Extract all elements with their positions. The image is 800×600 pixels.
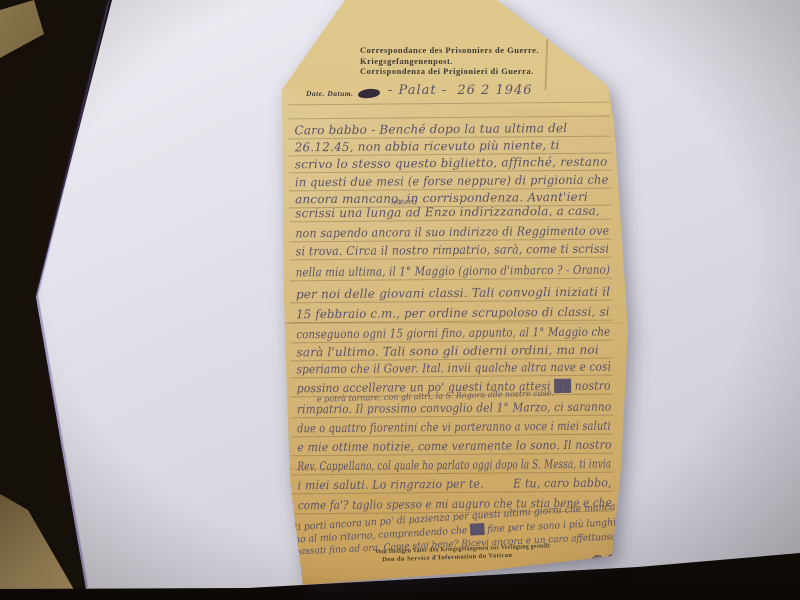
photo-of-pow-letter: Correspondance des Prisonniers de Guerre… (0, 0, 800, 600)
letter-line: e mie ottime notizie, come veramente lo … (297, 437, 611, 456)
pow-letter: Correspondance des Prisonniers de Guerre… (0, 0, 800, 600)
handwriting-area: lettera e potrà tornare, con gli altri, … (0, 0, 800, 600)
letter-line: due o quattro fiorentini che vi porteran… (297, 418, 611, 437)
ruled-line (288, 116, 610, 120)
letter-line: 15 febbraio c.m., per ordine scrupoloso … (296, 304, 610, 323)
letter-line: sarà l'ultimo. Tali sono gli odierni ord… (296, 342, 610, 361)
letter-line: i miei saluti. Lo ringrazio per te. E tu… (298, 475, 612, 494)
letter-line: conseguono ogni 15 giorni fino, appunto,… (296, 324, 610, 343)
letter-line: rimpatrio. Il prossimo convoglio del 1° … (297, 399, 611, 418)
letter-sheet: Correspondance des Prisonniers de Guerre… (0, 0, 800, 600)
letter-line: scrissi una lunga ad Enzo indirizzandola… (295, 203, 609, 222)
letter-line: Rev. Cappellano, col quale ho parlato og… (297, 456, 611, 475)
letter-line: si trova. Circa il nostro rimpatrio, sar… (295, 241, 609, 260)
ruled-line (288, 102, 610, 106)
signature-flourish (590, 552, 617, 564)
letter-line: per noi delle giovani classi. Tali convo… (296, 284, 610, 303)
letter-line: possino accellerare un po' questi tanto … (297, 378, 611, 397)
letter-line: Caro babbo - Benché dopo la tua ultima d… (294, 120, 608, 139)
letter-line: nella mia ultima, il 1° Maggio (giorno d… (296, 262, 610, 281)
letter-line: 26.12.45, non abbia ricevuto più niente,… (295, 137, 609, 156)
valediction: Bacioni dal vostro (612, 533, 683, 548)
letter-line: in questi due mesi (e forse neppure) di … (295, 172, 609, 191)
letter-line: non sapendo ancora il suo indirizzo di R… (295, 223, 609, 242)
letter-line: scrivo lo stesso questo biglietto, affin… (295, 154, 609, 173)
letter-line: speriamo che il Gover. Ital. invii qualc… (297, 359, 611, 378)
